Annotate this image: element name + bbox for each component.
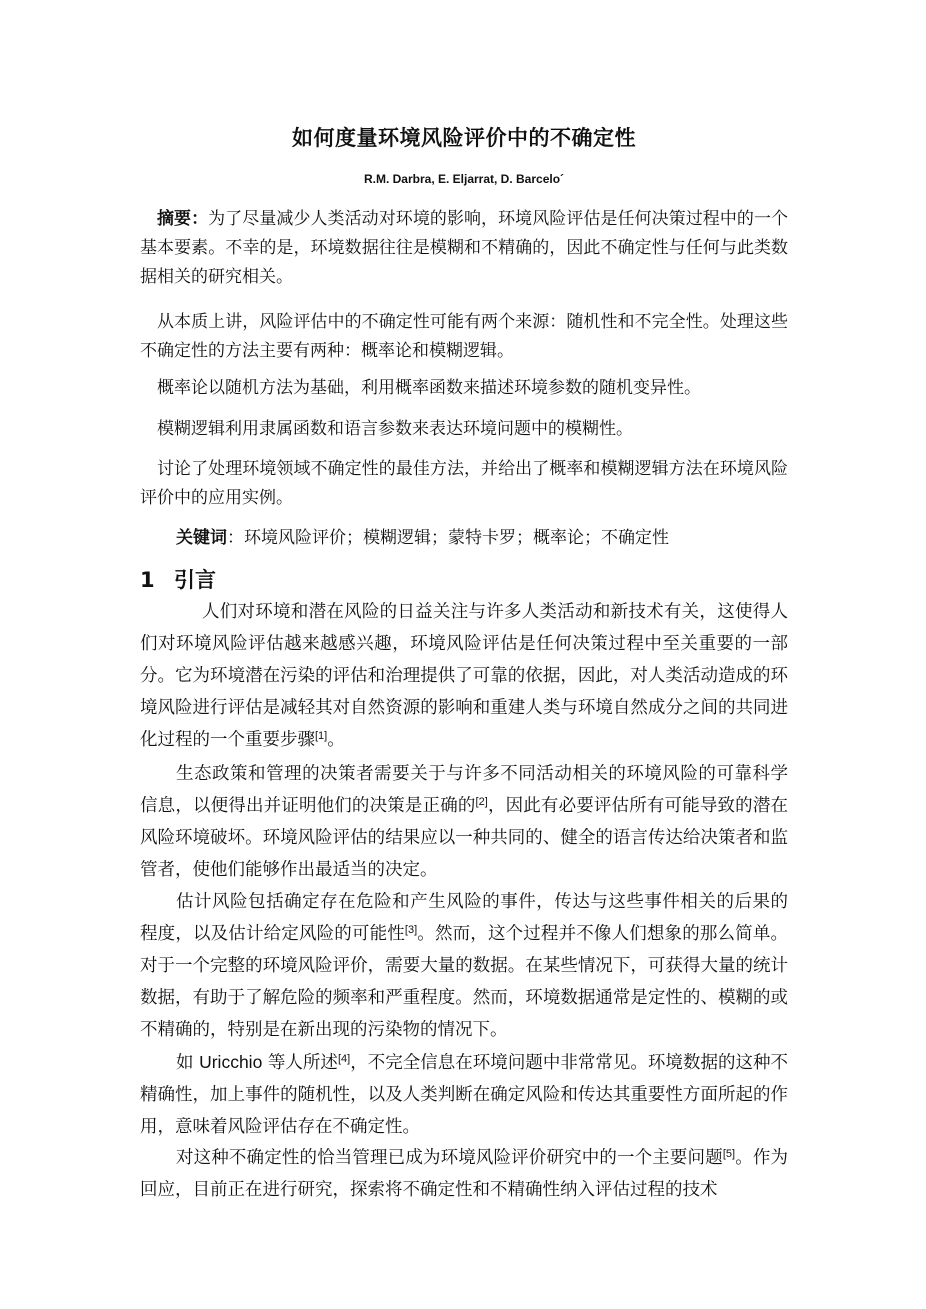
intro-paragraph-1: 人们对环境和潜在风险的日益关注与许多人类活动和新技术有关，这使得人们对环境风险评… [140,596,788,756]
abstract-paragraph-1: 摘要：为了尽量减少人类活动对环境的影响，环境风险评估是任何决策过程中的一个基本要… [140,205,788,292]
citation-ref-5[interactable]: [5] [723,1148,735,1160]
paragraph-prefix: 如 [176,1053,199,1073]
abstract-paragraph-3: 概率论以随机方法为基础，利用概率函数来描述环境参数的随机变异性。 [140,374,788,403]
paragraph-text: 人们对环境和潜在风险的日益关注与许多人类活动和新技术有关，这使得人们对环境风险评… [140,602,788,750]
paper-title: 如何度量环境风险评价中的不确定性 [140,122,788,152]
author-name: Uricchio [199,1052,262,1072]
keywords-text: ：环境风险评价；模糊逻辑；蒙特卡罗；概率论；不确定性 [227,528,669,548]
abstract-text: 为了尽量减少人类活动对环境的影响，环境风险评估是任何决策过程中的一个基本要素。不… [140,209,788,287]
section-heading-introduction: 1引言 [140,564,216,594]
citation-ref-1[interactable]: [1] [315,730,327,742]
intro-paragraph-5: 对这种不确定性的恰当管理已成为环境风险评价研究中的一个主要问题[5]。作为回应，… [140,1142,788,1206]
keywords-label: 关键词 [176,528,227,548]
paragraph-text-after: 。 [327,730,345,750]
citation-ref-2[interactable]: [2] [476,796,488,808]
abstract-label: 摘要： [157,209,208,229]
section-title: 引言 [174,568,216,592]
intro-paragraph-2: 生态政策和管理的决策者需要关于与许多不同活动相关的环境风险的可靠科学信息，以便得… [140,758,788,886]
intro-paragraph-3: 估计风险包括确定存在危险和产生风险的事件，传达与这些事件相关的后果的程度，以及估… [140,886,788,1046]
abstract-paragraph-5: 讨论了处理环境领域不确定性的最佳方法，并给出了概率和模糊逻辑方法在环境风险评价中… [140,455,788,513]
citation-ref-3[interactable]: [3] [405,924,417,936]
keywords: 关键词：环境风险评价；模糊逻辑；蒙特卡罗；概率论；不确定性 [140,524,788,553]
abstract-paragraph-4: 模糊逻辑利用隶属函数和语言参数来表达环境问题中的模糊性。 [140,415,788,444]
intro-paragraph-4: 如 Uricchio 等人所述[4]，不完全信息在环境问题中非常常见。环境数据的… [140,1046,788,1143]
citation-ref-4[interactable]: [4] [338,1053,350,1065]
paragraph-text: 等人所述 [262,1053,338,1073]
paragraph-text: 对这种不确定性的恰当管理已成为环境风险评价研究中的一个主要问题 [176,1148,723,1168]
section-number: 1 [140,568,174,592]
author-list: R.M. Darbra, E. Eljarrat, D. Barcelo´ [140,172,788,186]
abstract-paragraph-2: 从本质上讲，风险评估中的不确定性可能有两个来源：随机性和不完全性。处理这些不确定… [140,308,788,366]
